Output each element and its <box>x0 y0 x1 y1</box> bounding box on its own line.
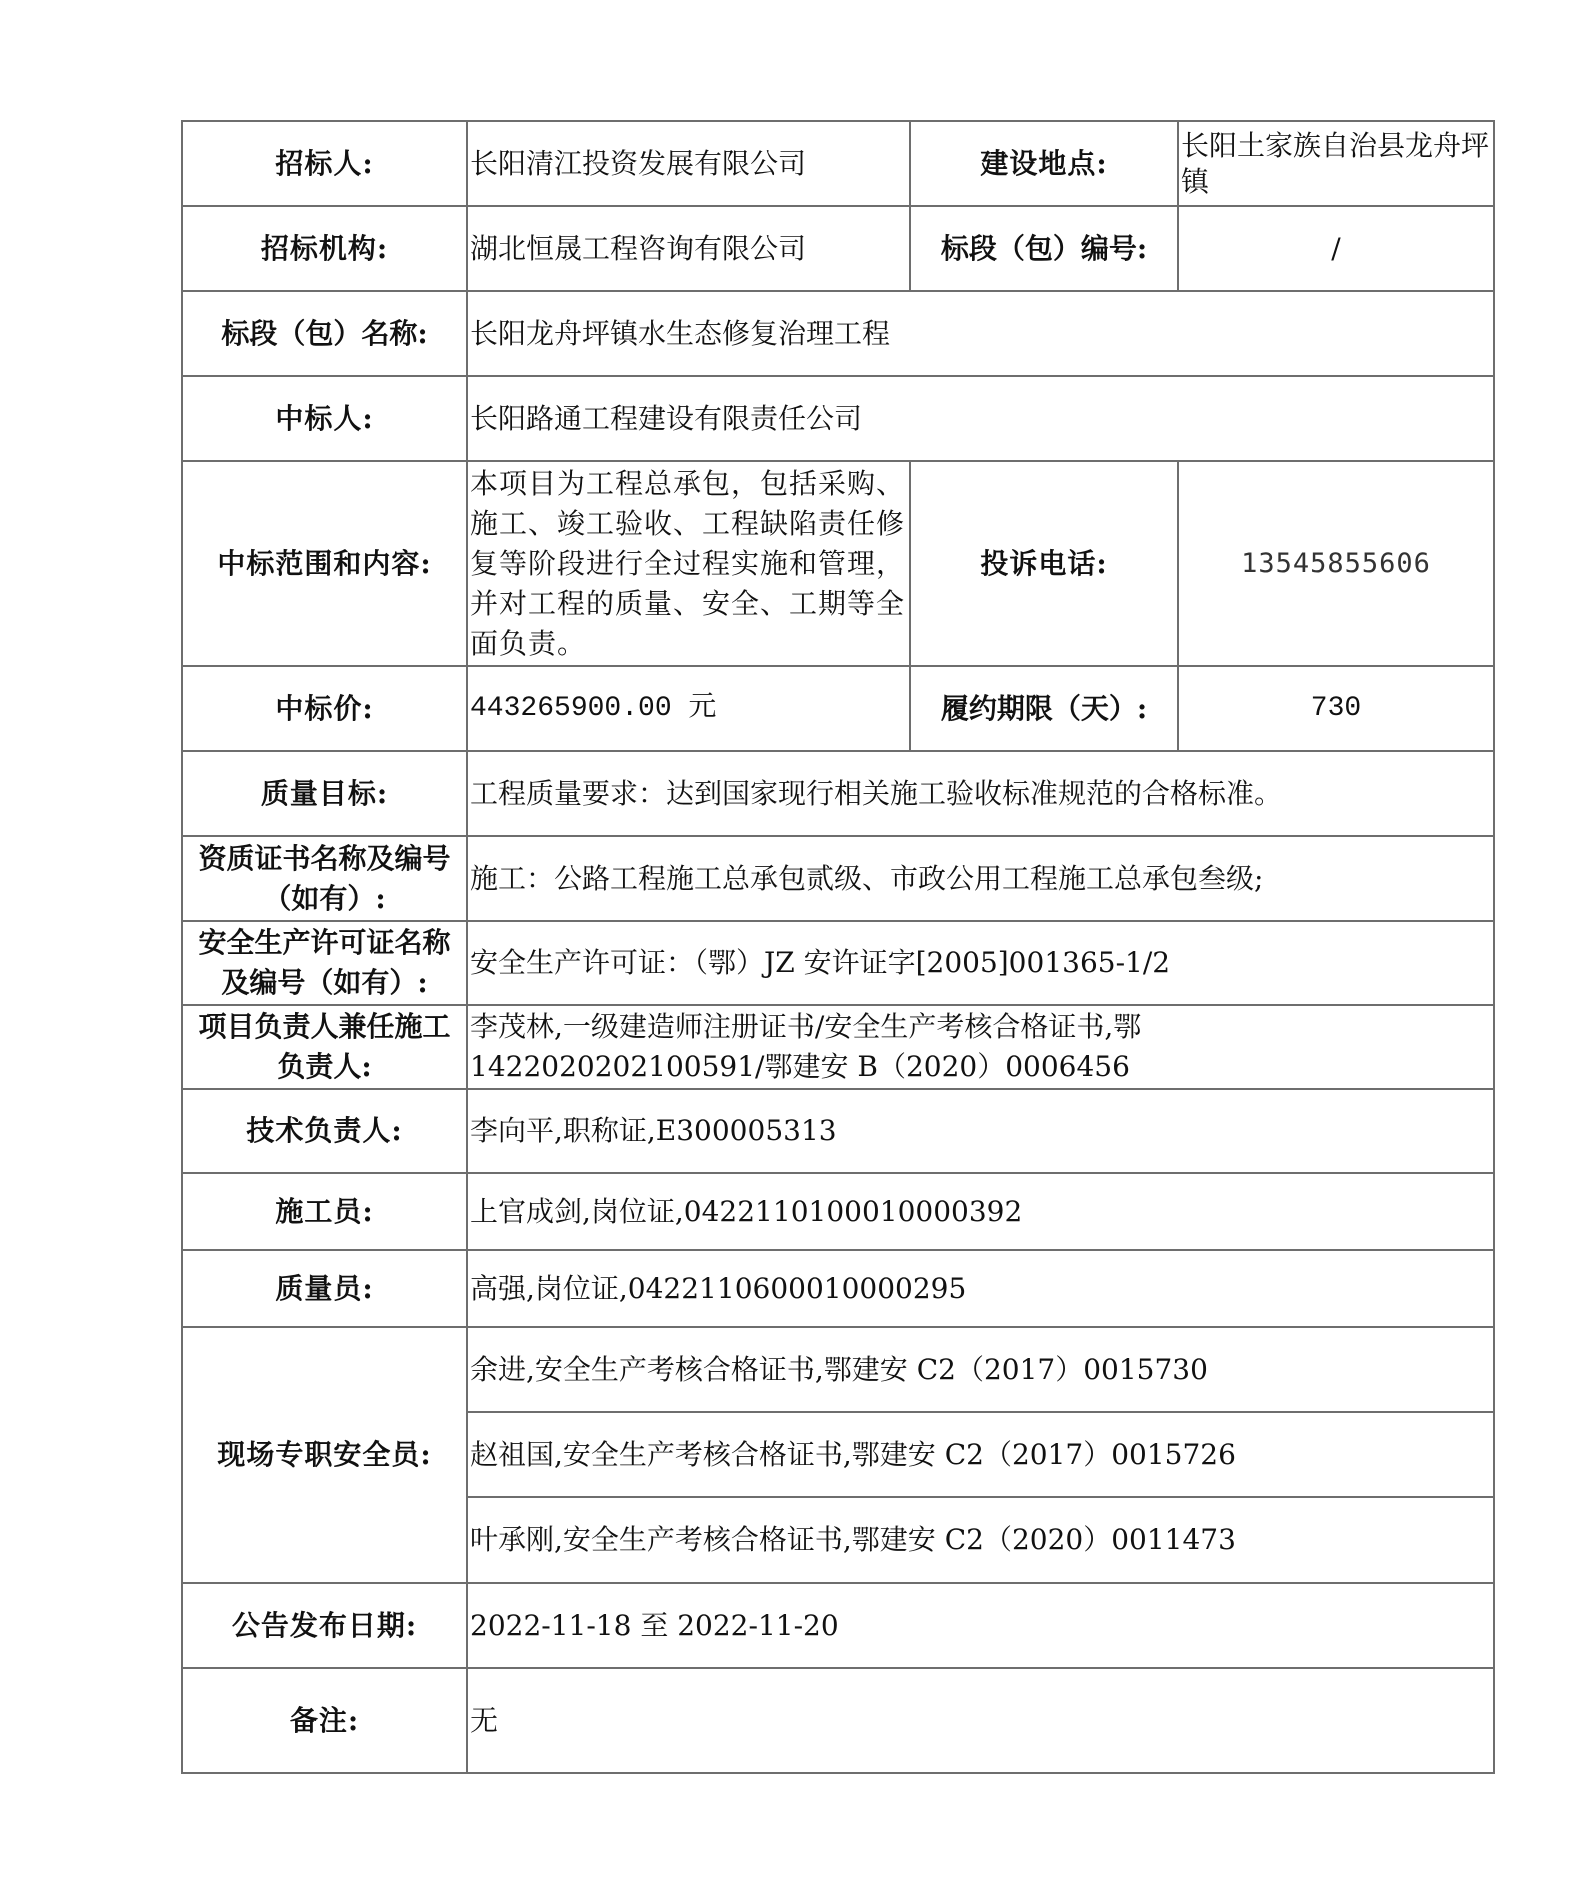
bid-price-value: 443265900.00 元 <box>467 666 910 751</box>
section-name-label: 标段（包）名称: <box>182 291 467 376</box>
remarks-label: 备注: <box>182 1668 467 1773</box>
agency-value: 湖北恒晟工程咨询有限公司 <box>467 206 910 291</box>
quality-target-value: 工程质量要求：达到国家现行相关施工验收标准规范的合格标准。 <box>467 751 1494 836</box>
quality-officer-value: 高强,岗位证,04221106000100002​95 <box>467 1250 1494 1327</box>
tenderer-value: 长阳清江投资发展有限公司 <box>467 121 910 206</box>
safety-officer-item: 余进,安全生产考核合格证书,鄂建安 C2（2017）0015730 <box>467 1327 1494 1412</box>
row-agency: 招标机构: 湖北恒晟工程咨询有限公司 标段（包）编号: / <box>182 206 1494 291</box>
section-no-label: 标段（包）编号: <box>910 206 1178 291</box>
row-quality-officer: 质量员: 高强,岗位证,04221106000100002​95 <box>182 1250 1494 1327</box>
safety-license-value: 安全生产许可证：（鄂）JZ 安许证字[2005]001365-1/2 <box>467 921 1494 1005</box>
row-tech-lead: 技术负责人: 李向平,职称证,E300005313 <box>182 1089 1494 1173</box>
tech-lead-value: 李向平,职称证,E300005313 <box>467 1089 1494 1173</box>
location-label: 建设地点: <box>910 121 1178 206</box>
quality-target-label: 质量目标: <box>182 751 467 836</box>
safety-officer-item: 叶承刚,安全生产考核合格证书,鄂建安 C2（2020）0011473 <box>467 1497 1494 1583</box>
row-tenderer: 招标人: 长阳清江投资发展有限公司 建设地点: 长阳土家族自治县龙舟坪镇 <box>182 121 1494 206</box>
scope-label: 中标范围和内容: <box>182 461 467 666</box>
row-quality-target: 质量目标: 工程质量要求：达到国家现行相关施工验收标准规范的合格标准。 <box>182 751 1494 836</box>
safety-officer-item: 赵祖国,安全生产考核合格证书,鄂建安 C2（2017）0015726 <box>467 1412 1494 1497</box>
complaint-phone-label: 投诉电话: <box>910 461 1178 666</box>
row-winner: 中标人: 长阳路通工程建设有限责任公司 <box>182 376 1494 461</box>
row-publish-date: 公告发布日期: 2022-11-18 至 2022-11-20 <box>182 1583 1494 1668</box>
section-no-value: / <box>1178 206 1494 291</box>
tenderer-label: 招标人: <box>182 121 467 206</box>
remarks-value: 无 <box>467 1668 1494 1773</box>
tech-lead-label: 技术负责人: <box>182 1089 467 1173</box>
row-safety-officer-1: 现场专职安全员: 余进,安全生产考核合格证书,鄂建安 C2（2017）00157… <box>182 1327 1494 1412</box>
agency-label: 招标机构: <box>182 206 467 291</box>
safety-license-label: 安全生产许可证名称及编号（如有）: <box>182 921 467 1005</box>
row-qualification: 资质证书名称及编号（如有）: 施工：公路工程施工总承包贰级、市政公用工程施工总承… <box>182 836 1494 921</box>
safety-officers-label: 现场专职安全员: <box>182 1327 467 1583</box>
location-value: 长阳土家族自治县龙舟坪镇 <box>1178 121 1494 206</box>
duration-value: 730 <box>1178 666 1494 751</box>
award-notice-table: 招标人: 长阳清江投资发展有限公司 建设地点: 长阳土家族自治县龙舟坪镇 招标机… <box>181 120 1495 1774</box>
winner-value: 长阳路通工程建设有限责任公司 <box>467 376 1494 461</box>
row-project-manager: 项目负责人兼任施工负责人: 李茂林,一级建造师注册证书/安全生产考核合格证书,鄂… <box>182 1005 1494 1089</box>
complaint-phone-value: 13545855606 <box>1178 461 1494 666</box>
qualification-label: 资质证书名称及编号（如有）: <box>182 836 467 921</box>
row-scope: 中标范围和内容: 本项目为工程总承包，包括采购、施工、竣工验收、工程缺陷责任修复… <box>182 461 1494 666</box>
row-remarks: 备注: 无 <box>182 1668 1494 1773</box>
project-manager-line1: 李茂林,一级建造师注册证书/安全生产考核合格证书,鄂 <box>470 1007 1491 1047</box>
row-safety-license: 安全生产许可证名称及编号（如有）: 安全生产许可证：（鄂）JZ 安许证字[200… <box>182 921 1494 1005</box>
section-name-value: 长阳龙舟坪镇水生态修复治理工程 <box>467 291 1494 376</box>
bid-price-label: 中标价: <box>182 666 467 751</box>
constructor-value: 上官成剑,岗位证,04221101000100003​92 <box>467 1173 1494 1250</box>
winner-label: 中标人: <box>182 376 467 461</box>
publish-date-label: 公告发布日期: <box>182 1583 467 1668</box>
scope-value: 本项目为工程总承包，包括采购、施工、竣工验收、工程缺陷责任修复等阶段进行全过程实… <box>467 461 910 666</box>
qualification-value: 施工：公路工程施工总承包贰级、市政公用工程施工总承包叁级; <box>467 836 1494 921</box>
project-manager-line2: 1422020202100591/鄂建安 B（2020）0006456 <box>470 1047 1491 1087</box>
quality-officer-label: 质量员: <box>182 1250 467 1327</box>
constructor-label: 施工员: <box>182 1173 467 1250</box>
row-bid-price: 中标价: 443265900.00 元 履约期限（天）: 730 <box>182 666 1494 751</box>
publish-date-value: 2022-11-18 至 2022-11-20 <box>467 1583 1494 1668</box>
duration-label: 履约期限（天）: <box>910 666 1178 751</box>
project-manager-label: 项目负责人兼任施工负责人: <box>182 1005 467 1089</box>
row-constructor: 施工员: 上官成剑,岗位证,04221101000100003​92 <box>182 1173 1494 1250</box>
project-manager-value: 李茂林,一级建造师注册证书/安全生产考核合格证书,鄂 1422020202100… <box>467 1005 1494 1089</box>
row-section-name: 标段（包）名称: 长阳龙舟坪镇水生态修复治理工程 <box>182 291 1494 376</box>
